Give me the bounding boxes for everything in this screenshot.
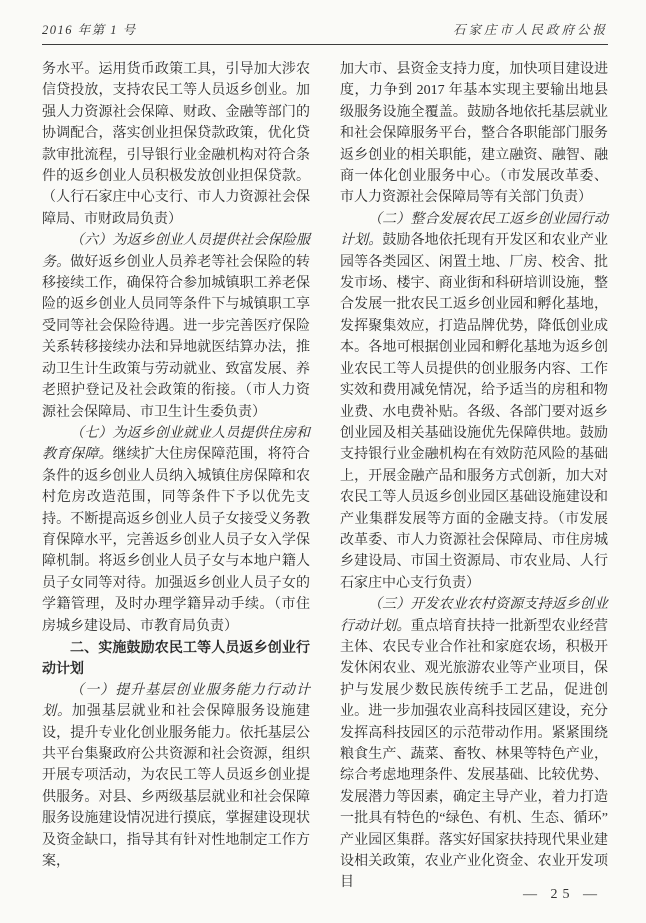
paragraph: 务水平。运用货币政策工具，引导加大涉农信贷投放，支持农民工等人员返乡创业。加强人…	[42, 59, 310, 230]
left-column: 务水平。运用货币政策工具，引导加大涉农信贷投放，支持农民工等人员返乡创业。加强人…	[42, 59, 310, 894]
gazette-page: 2016 年第 1 号 石家庄市人民政府公报 务水平。运用货币政策工具，引导加大…	[0, 0, 646, 923]
paragraph: （一）提升基层创业服务能力行动计划。加强基层就业和社会保障服务设施建设，提升专业…	[42, 680, 310, 873]
paragraph-text: 鼓励各地依托现有开发区和农业产业园等各类园区、闲置土地、厂房、校舍、批发市场、楼…	[340, 233, 608, 591]
paragraph-text: 重点培育扶持一批新型农业经营主体、农民专业合作社和家庭农场，积极开发休闲农业、观…	[340, 619, 608, 891]
publication-title: 石家庄市人民政府公报	[453, 20, 608, 38]
paragraph-text: 加强基层就业和社会保障服务设施建设，提升专业化创业服务能力。依托基层公共平台集聚…	[42, 704, 310, 869]
page-number: — 25 —	[523, 887, 602, 903]
paragraph: （七）为返乡创业就业人员提供住房和教育保障。继续扩大住房保障范围，将符合条件的返…	[42, 423, 310, 637]
paragraph: （二）整合发展农民工返乡创业园行动计划。鼓励各地依托现有开发区和农业产业园等各类…	[340, 209, 608, 594]
issue-number: 2016 年第 1 号	[42, 20, 137, 38]
paragraph: （六）为返乡创业人员提供社会保险服务。做好返乡创业人员养老等社会保险的转移接续工…	[42, 230, 310, 423]
paragraph-text: 继续扩大住房保障范围，将符合条件的返乡创业人员纳入城镇住房保障和农村危房改造范围…	[42, 447, 310, 633]
paragraph: 加大市、县资金支持力度，加快项目建设进度，力争到 2017 年基本实现主要输出地…	[340, 59, 608, 209]
right-column: 加大市、县资金支持力度，加快项目建设进度，力争到 2017 年基本实现主要输出地…	[340, 59, 608, 894]
paragraph-text: 做好返乡创业人员养老等社会保险的转移接续工作，确保符合参加城镇职工养老保险的返乡…	[42, 255, 310, 420]
paragraph: （三）开发农业农村资源支持返乡创业行动计划。重点培育扶持一批新型农业经营主体、农…	[340, 594, 608, 894]
text-columns: 务水平。运用货币政策工具，引导加大涉农信贷投放，支持农民工等人员返乡创业。加强人…	[42, 59, 608, 894]
page-header: 2016 年第 1 号 石家庄市人民政府公报	[42, 20, 608, 45]
section-heading: 二、实施鼓励农民工等人员返乡创业行动计划	[42, 637, 310, 680]
